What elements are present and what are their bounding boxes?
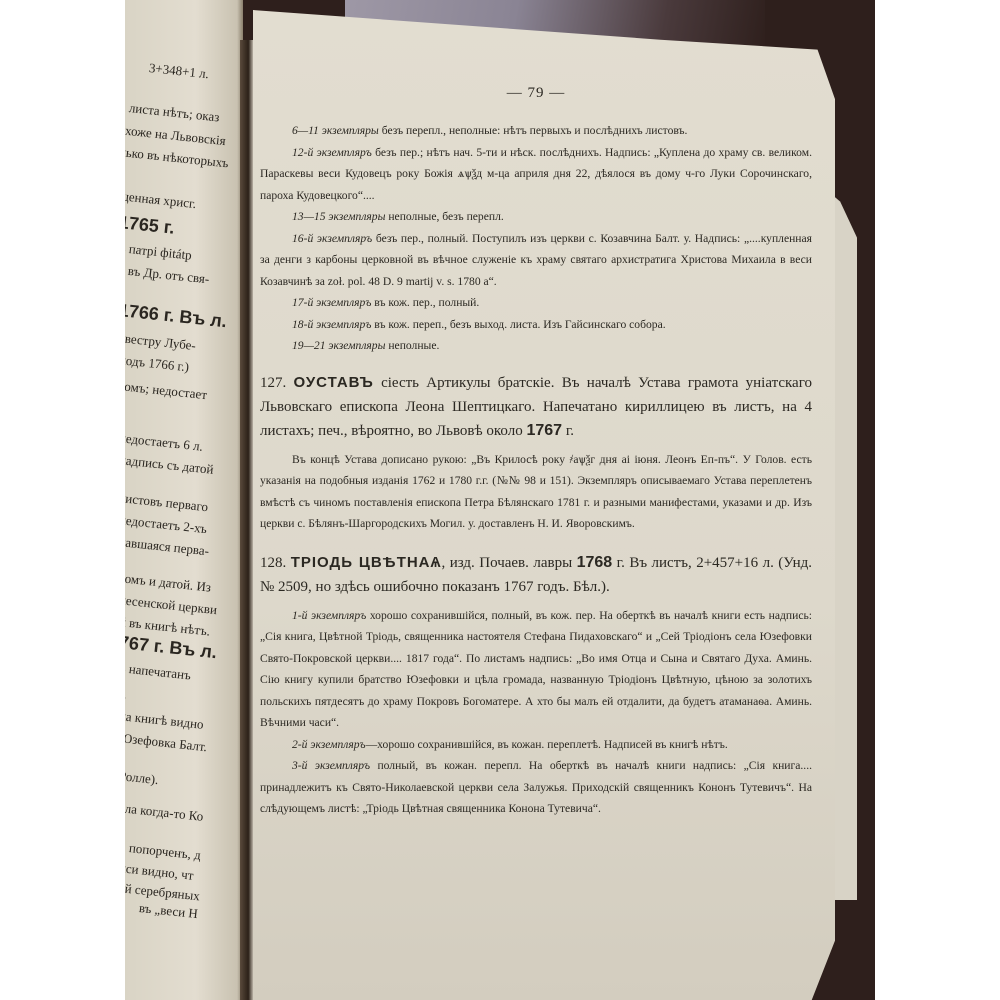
right-page-text: — 79 — 6—11 экземпляры безъ перепл., неп… (260, 85, 812, 820)
entry-year: 1768 (577, 554, 613, 571)
left-page-line: ала когда-то Ко (125, 800, 204, 825)
copy-label: 13—15 экземпляры (292, 210, 385, 223)
book-gutter (240, 40, 254, 1000)
copy-paragraph: 3-й экземпляръ полный, въ кожан. перепл.… (260, 755, 812, 820)
copy-label: 19—21 экземпляры (292, 339, 385, 352)
entry-description-end: г. (562, 423, 574, 439)
left-page-line: нько въ нѣкоторыхъ (125, 144, 229, 171)
copy-paragraph: 1-й экземпляръ хорошо сохранившійся, пол… (260, 605, 812, 734)
copy-paragraph: 18-й экземпляръ въ кож. переп., безъ вых… (260, 314, 812, 336)
copy-paragraph: 12-й экземпляръ безъ пер.; нѣтъ нач. 5-т… (260, 142, 812, 207)
left-page-line: недостаетъ 6 л. (125, 430, 204, 455)
left-page-line: 1765 г. (125, 212, 176, 239)
left-page-line: ей серебряных (125, 880, 201, 904)
left-page-line: 1766 г. Въ л. (125, 300, 228, 332)
copy-text: неполные. (385, 339, 439, 352)
copy-label: 17-й экземпляръ (292, 296, 371, 309)
left-page-line: ъ патрі фіtátp (125, 240, 193, 264)
copy-text: въ кож. пер., полный. (371, 296, 479, 309)
left-page-line: на книгѣ видно (125, 708, 204, 733)
copy-label: 1-й экземпляръ (292, 609, 366, 622)
entry-number: 128. (260, 555, 286, 571)
entry-127-note: Въ концѣ Устава дописано рукою: „Въ Крил… (260, 449, 812, 535)
left-page-line: попорченъ, д (128, 840, 201, 863)
copy-text: хорошо сохранившійся, полный, въ кож. пе… (260, 609, 812, 730)
left-page-line: лавшаяся перва- (125, 534, 210, 559)
left-page-line: Ролле). (125, 768, 159, 788)
entry-description: , изд. Почаев. лавры (442, 555, 577, 571)
left-page-line: 3+348+1 л. (148, 60, 209, 82)
entry-title: ТРІОДЬ ЦВѢТНАѦ (291, 554, 442, 571)
entry-128: 128. ТРІОДЬ ЦВѢТНАѦ, изд. Почаев. лавры … (260, 551, 812, 599)
copy-paragraph: 13—15 экземпляры неполные, безъ перепл. (260, 206, 812, 228)
copy-text: въ кож. переп., безъ выход. листа. Изъ Г… (371, 318, 665, 331)
left-page: 3+348+1 л.листа нѣтъ; оказохоже на Львов… (125, 0, 243, 1000)
entry-title: ОУСТАВЪ (294, 374, 374, 391)
left-page-line: ъ напечатанъ (125, 660, 192, 683)
copy-label: 6—11 экземпляры (292, 124, 379, 137)
copy-paragraph: 16-й экземпляръ безъ пер., полный. Посту… (260, 228, 812, 293)
entry-127: 127. ОУСТАВЪ сіесть Артикулы братскіе. В… (260, 371, 812, 443)
copy-label: 16-й экземпляръ (292, 232, 372, 245)
copy-text: неполные, безъ перепл. (385, 210, 503, 223)
copy-paragraph: 17-й экземпляръ въ кож. пер., полный. (260, 292, 812, 314)
left-page-line: надпись съ датой (125, 452, 214, 478)
book-photograph: 3+348+1 л.листа нѣтъ; оказохоже на Львов… (125, 0, 875, 1000)
left-page-line: щенная хрисг. (125, 188, 197, 212)
copy-label: 3-й экземпляръ (292, 759, 370, 772)
left-page-line: Юзефовка Балт. (125, 730, 208, 755)
left-page-line: ьвестру Лубе- (125, 330, 197, 354)
left-page-line: несенской церкви (125, 592, 218, 618)
copy-label: 18-й экземпляръ (292, 318, 371, 331)
copy-text: —хорошо сохранившійся, въ кожан. перепле… (366, 738, 728, 751)
entry-number: 127. (260, 375, 286, 391)
left-page-line: недостаетъ 2-хъ (125, 512, 208, 537)
copy-paragraph: 2-й экземпляръ—хорошо сохранившійся, въ … (260, 734, 812, 756)
copies-list-128: 1-й экземпляръ хорошо сохранившійся, пол… (260, 605, 812, 820)
copy-paragraph: 19—21 экземпляры неполные. (260, 335, 812, 357)
left-page-line: листовъ перваго (125, 490, 209, 515)
left-page-line: листа нѣтъ; оказ (128, 100, 220, 125)
left-page-line: охоже на Львовскiя (125, 122, 226, 149)
copy-paragraph: 6—11 экземпляры безъ перепл., неполные: … (260, 120, 812, 142)
left-page-line: томъ; недостает (125, 378, 208, 403)
left-page-line: иси видно, чт (125, 860, 194, 884)
entry-year: 1767 (526, 422, 562, 439)
copy-label: 12-й экземпляръ (292, 146, 372, 159)
copies-list-126: 6—11 экземпляры безъ перепл., неполные: … (260, 120, 812, 357)
left-page-line: ). (125, 686, 127, 703)
left-page-line: подъ 1766 г.) (125, 352, 190, 375)
page-number: — 79 — (260, 85, 812, 102)
left-page-line: а въ Др. отъ свя- (125, 262, 210, 287)
copy-label: 2-й экземпляръ (292, 738, 366, 751)
copy-text: безъ перепл., неполные: нѣтъ первыхъ и п… (379, 124, 688, 137)
left-page-line: сомъ и датой. Из (125, 570, 212, 596)
